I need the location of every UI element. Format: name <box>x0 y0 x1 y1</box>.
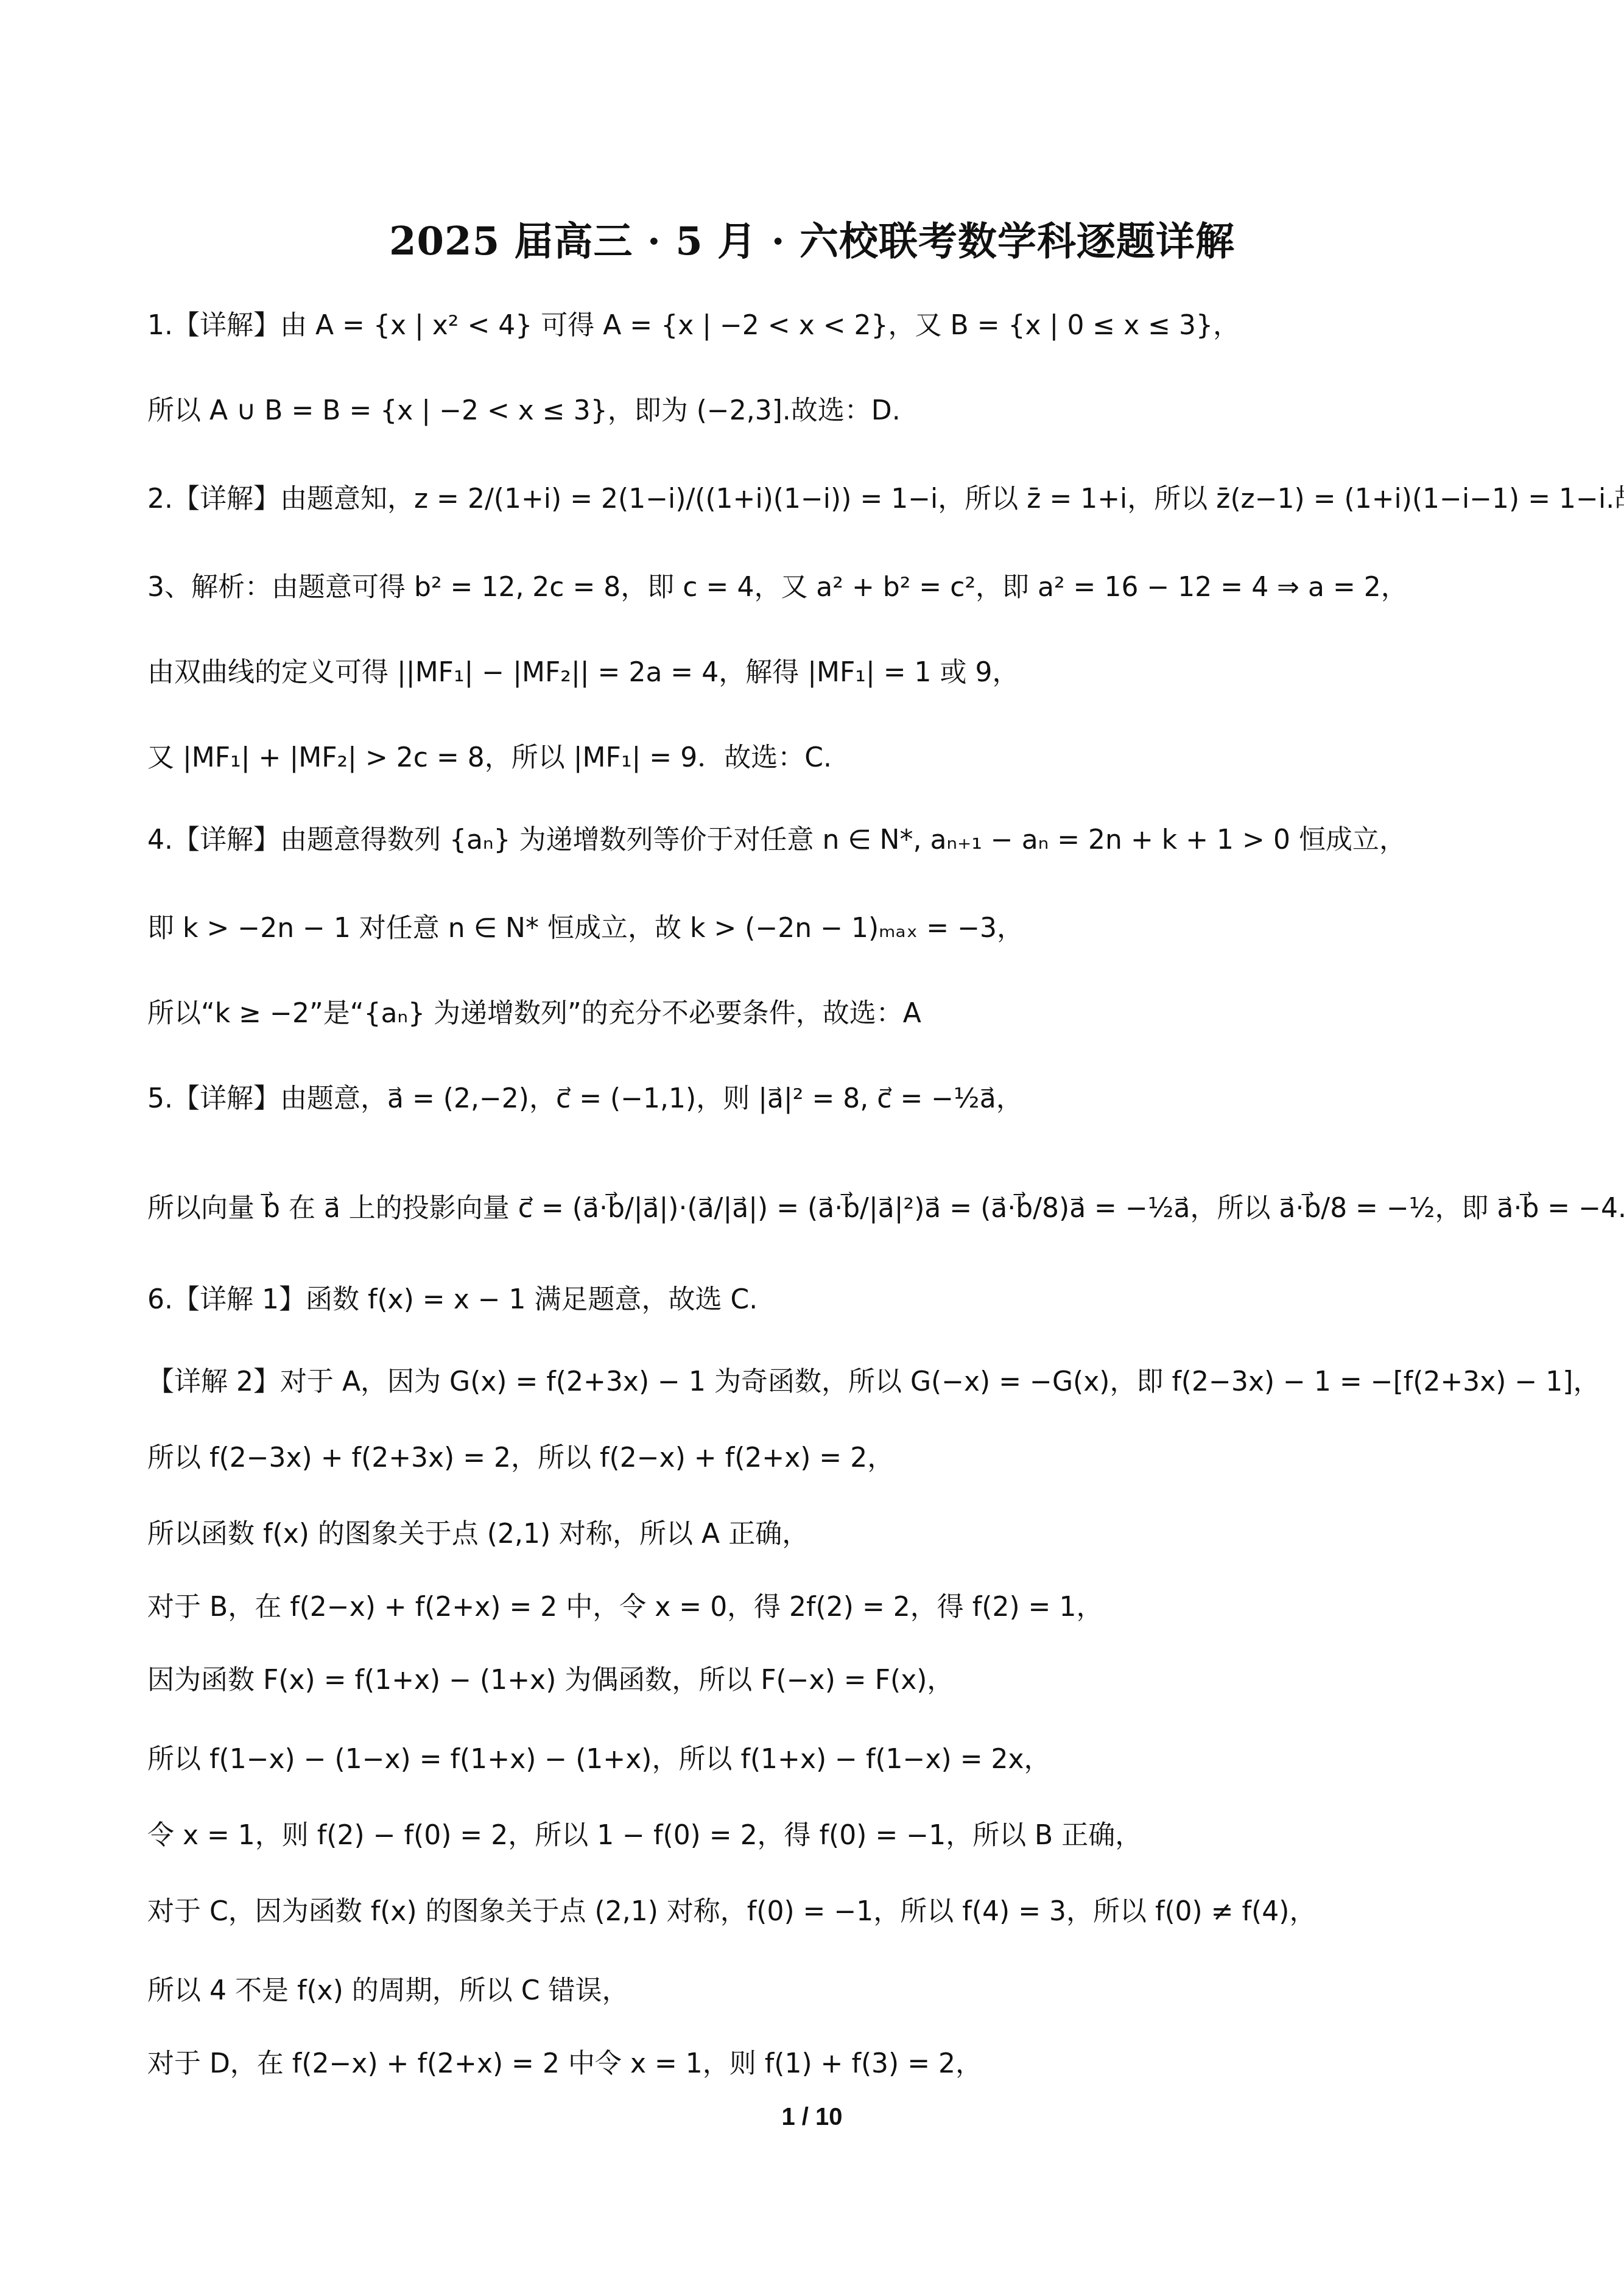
solution-line-6-4: 所以函数 f(x) 的图象关于点 (2,1) 对称，所以 A 正确， <box>147 1516 809 1553</box>
solution-line-6-6: 因为函数 F(x) = f(1+x) − (1+x) 为偶函数，所以 F(−x)… <box>147 1662 954 1699</box>
page-title: 2025 届高三 · 5 月 · 六校联考数学科逐题详解 <box>0 210 1624 266</box>
solution-line-4-2: 即 k > −2n − 1 对任意 n ∈ N* 恒成立，故 k > (−2n … <box>147 910 1024 947</box>
solution-line-6-1: 6.【详解 1】函数 f(x) = x − 1 满足题意，故选 C. <box>147 1282 758 1318</box>
solution-line-6-2: 【详解 2】对于 A，因为 G(x) = f(2+3x) − 1 为奇函数，所以… <box>147 1364 1600 1400</box>
solution-line-6-11: 对于 D，在 f(2−x) + f(2+x) = 2 中令 x = 1，则 f(… <box>147 2046 982 2082</box>
solution-line-6-3: 所以 f(2−3x) + f(2+3x) = 2，所以 f(2−x) + f(2… <box>147 1440 894 1476</box>
solution-line-6-8: 令 x = 1，则 f(2) − f(0) = 2，所以 1 − f(0) = … <box>147 1817 1142 1854</box>
solution-line-2-1: 2.【详解】由题意知，z = 2/(1+i) = 2(1−i)/((1+i)(1… <box>147 481 1624 518</box>
solution-line-5-1: 5.【详解】由题意，a⃗ = (2,−2)，c⃗ = (−1,1)，则 |a⃗|… <box>147 1081 1023 1117</box>
solution-line-6-9: 对于 C，因为函数 f(x) 的图象关于点 (2,1) 对称，f(0) = −1… <box>147 1894 1316 1930</box>
solution-line-1-1: 1.【详解】由 A = {x | x² < 4} 可得 A = {x | −2 … <box>147 307 1240 344</box>
solution-line-3-3: 又 |MF₁| + |MF₂| > 2c = 8，所以 |MF₁| = 9．故选… <box>147 740 832 776</box>
solution-line-4-1: 4.【详解】由题意得数列 {aₙ} 为递增数列等价于对任意 n ∈ N*, aₙ… <box>147 822 1406 858</box>
solution-line-3-2: 由双曲线的定义可得 ||MF₁| − |MF₂|| = 2a = 4，解得 |M… <box>147 655 1019 691</box>
solution-line-1-2: 所以 A ∪ B = B = {x | −2 < x ≤ 3}，即为 (−2,3… <box>147 393 901 429</box>
solution-line-5-2: 所以向量 b⃗ 在 a⃗ 上的投影向量 c⃗ = (a⃗·b⃗/|a⃗|)·(a… <box>147 1190 1624 1227</box>
solution-line-3-1: 3、解析：由题意可得 b² = 12, 2c = 8，即 c = 4，又 a² … <box>147 569 1408 606</box>
solution-line-6-5: 对于 B，在 f(2−x) + f(2+x) = 2 中，令 x = 0，得 2… <box>147 1589 1103 1626</box>
solution-line-4-3: 所以“k ≥ −2”是“{aₙ} 为递增数列”的充分不必要条件，故选：A <box>147 995 921 1032</box>
page-number: 1 / 10 <box>0 2104 1624 2131</box>
solution-line-6-7: 所以 f(1−x) − (1−x) = f(1+x) − (1+x)，所以 f(… <box>147 1741 1051 1778</box>
solution-line-6-10: 所以 4 不是 f(x) 的周期，所以 C 错误， <box>147 1973 629 2009</box>
